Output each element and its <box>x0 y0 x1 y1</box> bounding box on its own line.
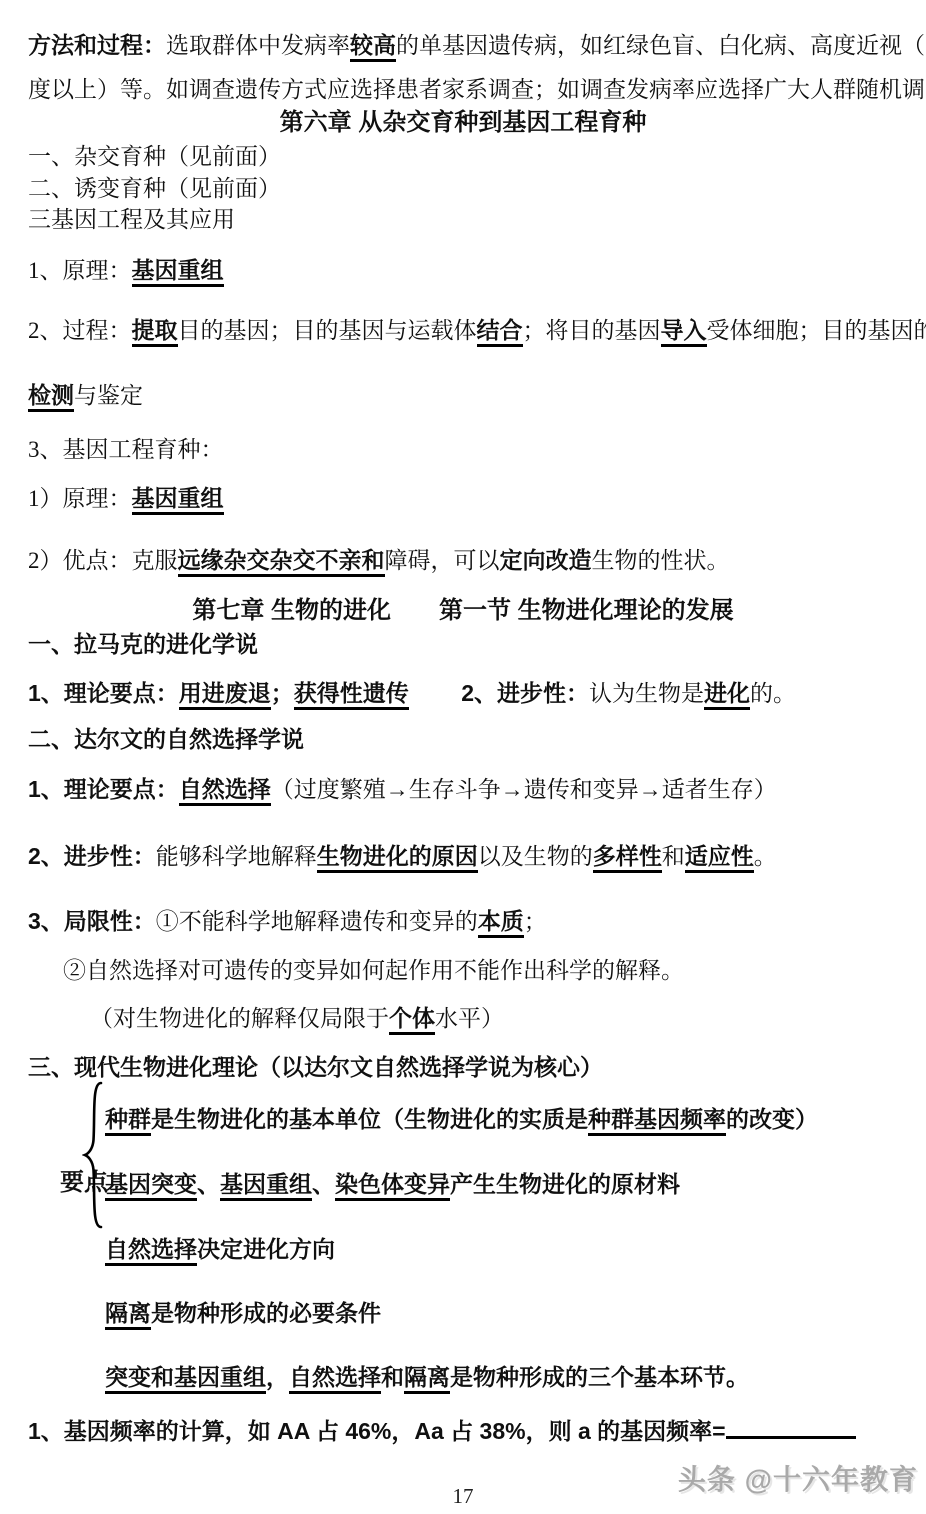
underlined-term: 用进废退 <box>179 680 271 710</box>
underlined-term: 适应性 <box>685 843 754 873</box>
text-run <box>409 680 461 706</box>
text-run: 三、现代生物进化理论（以达尔文自然选择学说为核心） <box>28 1054 603 1080</box>
text-run: 和 <box>381 1364 404 1390</box>
underlined-term: 生物进化的原因 <box>317 843 478 873</box>
text-run: 三基因工程及其应用 <box>28 207 235 232</box>
text-run: （对生物进化的解释仅局限于 <box>90 1006 389 1031</box>
breeding-principle: 1）原理：基因重组 <box>28 482 912 515</box>
underlined-term: 突变和基因重组 <box>105 1364 266 1394</box>
text-run: 第七章 生物的进化 第一节 生物进化理论的发展 <box>192 597 733 624</box>
underlined-term: 获得性遗传 <box>294 680 409 710</box>
text-run: 的改变） <box>726 1106 818 1132</box>
text-run: 和 <box>662 844 685 869</box>
text-run: 第六章 从杂交育种到基因工程育种 <box>280 109 647 136</box>
darwin-limitation-3: （对生物进化的解释仅局限于个体水平） <box>90 1002 912 1035</box>
text-run: ； <box>271 680 294 706</box>
underlined-term: 本质 <box>478 908 524 938</box>
darwin-heading: 二、达尔文的自然选择学说 <box>28 723 912 756</box>
text-run: 3、基因工程育种： <box>28 437 224 462</box>
underlined-term: 基因重组 <box>132 485 224 515</box>
underlined-term: 远缘杂交杂交不亲和 <box>178 547 385 577</box>
underlined-term: 隔离 <box>404 1364 450 1394</box>
underlined-term: 基因重组 <box>132 257 224 287</box>
item-mutation-breeding: 二、诱变育种（见前面） <box>28 172 912 205</box>
gene-eng-process-cont: 检测与鉴定 <box>28 379 912 412</box>
underlined-term: 进化 <box>704 680 750 710</box>
underlined-term: 自然选择 <box>179 776 271 806</box>
survey-method-line1: 方法和过程：选取群体中发病率较高的单基因遗传病，如红绿色盲、白化病、高度近视（6… <box>28 29 912 62</box>
keypoint-variation: 基因突变、基因重组、染色体变异产生生物进化的原材料 <box>105 1168 912 1201</box>
underlined-term: 基因重组 <box>220 1171 312 1201</box>
text-run: 1、理论要点： <box>28 776 179 802</box>
underlined-term: 结合 <box>477 317 523 347</box>
text-run: 方法和过程： <box>28 32 166 58</box>
text-run: 3、局限性： <box>28 908 156 934</box>
text-run: 受体细胞；目的基因的 <box>707 318 926 343</box>
underlined-term: 染色体变异 <box>335 1171 450 1201</box>
text-run: 二、诱变育种（见前面） <box>28 176 281 201</box>
text-run: 1、理论要点： <box>28 680 179 706</box>
text-run: 目的基因；目的基因与运载体 <box>178 318 477 343</box>
text-run: 是生物进化的基本单位（生物进化的实质是 <box>151 1106 588 1132</box>
chapter6-heading: 第六章 从杂交育种到基因工程育种 <box>0 106 926 140</box>
darwin-limitation-2: ②自然选择对可遗传的变异如何起作用不能作出科学的解释。 <box>63 954 912 987</box>
keypoint-selection: 自然选择决定进化方向 <box>105 1233 912 1266</box>
left-curly-brace-icon <box>82 1080 104 1230</box>
chapter7-heading: 第七章 生物的进化 第一节 生物进化理论的发展 <box>0 594 926 628</box>
underlined-term: 较高 <box>350 32 396 62</box>
text-run: 障碍，可以 <box>385 548 500 573</box>
page: 要点 头条 @十六年教育 17 方法和过程：选取群体中发病率较高的单基因遗传病，… <box>0 0 926 1514</box>
underlined-term: 自然选择 <box>289 1364 381 1394</box>
underlined-term: 隔离 <box>105 1300 151 1330</box>
text-run: 以及生物的 <box>478 844 593 869</box>
underlined-term: 基因突变 <box>105 1171 197 1201</box>
text-run: 决定进化方向 <box>197 1236 335 1262</box>
text-run: 一、拉马克的进化学说 <box>28 631 258 657</box>
page-number: 17 <box>0 1484 926 1509</box>
text-run: 2、进步性： <box>461 680 589 706</box>
underlined-term: 多样性 <box>593 843 662 873</box>
text-run: 一、杂交育种（见前面） <box>28 144 281 169</box>
gene-eng-principle: 1、原理：基因重组 <box>28 254 912 287</box>
gene-eng-breeding: 3、基因工程育种： <box>28 433 912 466</box>
lamarck-heading: 一、拉马克的进化学说 <box>28 628 912 661</box>
text-run: 的单基因遗传病，如红绿色盲、白化病、高度近视（600 <box>396 33 926 58</box>
underlined-term: 种群 <box>105 1106 151 1136</box>
text-run: ； <box>524 909 547 934</box>
text-run: 认为生物是 <box>589 681 704 706</box>
item-hybrid-breeding: 一、杂交育种（见前面） <box>28 140 912 173</box>
text-run: 。 <box>754 844 777 869</box>
underlined-term: 种群基因频率 <box>588 1106 726 1136</box>
text-run: ；将目的基因 <box>523 318 661 343</box>
modern-theory-heading: 三、现代生物进化理论（以达尔文自然选择学说为核心） <box>28 1051 912 1084</box>
breeding-advantage: 2）优点：克服远缘杂交杂交不亲和障碍，可以定向改造生物的性状。 <box>28 544 912 577</box>
text-run: 2、过程： <box>28 318 132 343</box>
text-run: 1、原理： <box>28 258 132 283</box>
text-run: ①不能科学地解释遗传和变异的 <box>156 909 478 934</box>
item-gene-engineering: 三基因工程及其应用 <box>28 203 912 236</box>
text-run: 1）原理： <box>28 486 132 511</box>
keypoint-isolation: 隔离是物种形成的必要条件 <box>105 1297 912 1330</box>
underlined-term: 自然选择 <box>105 1236 197 1266</box>
text-run: 2）优点：克服 <box>28 548 178 573</box>
text-run: 选取群体中发病率 <box>166 33 350 58</box>
keypoint-summary: 突变和基因重组，自然选择和隔离是物种形成的三个基本环节。 <box>105 1361 912 1394</box>
text-run: 生物的性状。 <box>592 548 730 573</box>
lamarck-points: 1、理论要点：用进废退；获得性遗传 2、进步性：认为生物是进化的。 <box>28 677 912 710</box>
text-run: 二、达尔文的自然选择学说 <box>28 726 304 752</box>
underlined-term: 检测 <box>28 382 74 412</box>
darwin-points: 1、理论要点：自然选择（过度繁殖→生存斗争→遗传和变异→适者生存） <box>28 773 912 806</box>
text-run: ②自然选择对可遗传的变异如何起作用不能作出科学的解释。 <box>63 958 684 983</box>
text-run: 2、进步性： <box>28 843 156 869</box>
text-run: 1、基因频率的计算，如 AA 占 46%，Aa 占 38%，则 a 的基因频率= <box>28 1418 726 1444</box>
underlined-term: 提取 <box>132 317 178 347</box>
text-run: 是物种形成的三个基本环节。 <box>450 1364 749 1390</box>
text-run: 定向改造 <box>500 547 592 573</box>
text-run: 、 <box>197 1171 220 1197</box>
text-run: ， <box>266 1364 289 1390</box>
text-run: 、 <box>312 1171 335 1197</box>
keypoint-population: 种群是生物进化的基本单位（生物进化的实质是种群基因频率的改变） <box>105 1103 912 1136</box>
darwin-limitation-1: 3、局限性：①不能科学地解释遗传和变异的本质； <box>28 905 912 938</box>
text-run: 度以上）等。如调查遗传方式应选择患者家系调查；如调查发病率应选择广大人群随机调查… <box>28 77 926 102</box>
text-run: 是物种形成的必要条件 <box>151 1300 381 1326</box>
text-run: 能够科学地解释 <box>156 844 317 869</box>
underlined-term: 个体 <box>389 1005 435 1035</box>
text-run: 的。 <box>750 681 796 706</box>
fill-in-blank <box>726 1412 856 1439</box>
text-run: （过度繁殖→生存斗争→遗传和变异→适者生存） <box>271 777 777 802</box>
underlined-term: 导入 <box>661 317 707 347</box>
text-run: 产生生物进化的原材料 <box>450 1171 680 1197</box>
survey-method-line2: 度以上）等。如调查遗传方式应选择患者家系调查；如调查发病率应选择广大人群随机调查… <box>28 73 912 106</box>
darwin-progress: 2、进步性：能够科学地解释生物进化的原因以及生物的多样性和适应性。 <box>28 840 912 873</box>
gene-frequency-question: 1、基因频率的计算，如 AA 占 46%，Aa 占 38%，则 a 的基因频率= <box>28 1412 912 1448</box>
gene-eng-process: 2、过程：提取目的基因；目的基因与运载体结合；将目的基因导入受体细胞；目的基因的 <box>28 314 912 347</box>
text-run: 与鉴定 <box>74 383 143 408</box>
text-run: 水平） <box>435 1006 504 1031</box>
